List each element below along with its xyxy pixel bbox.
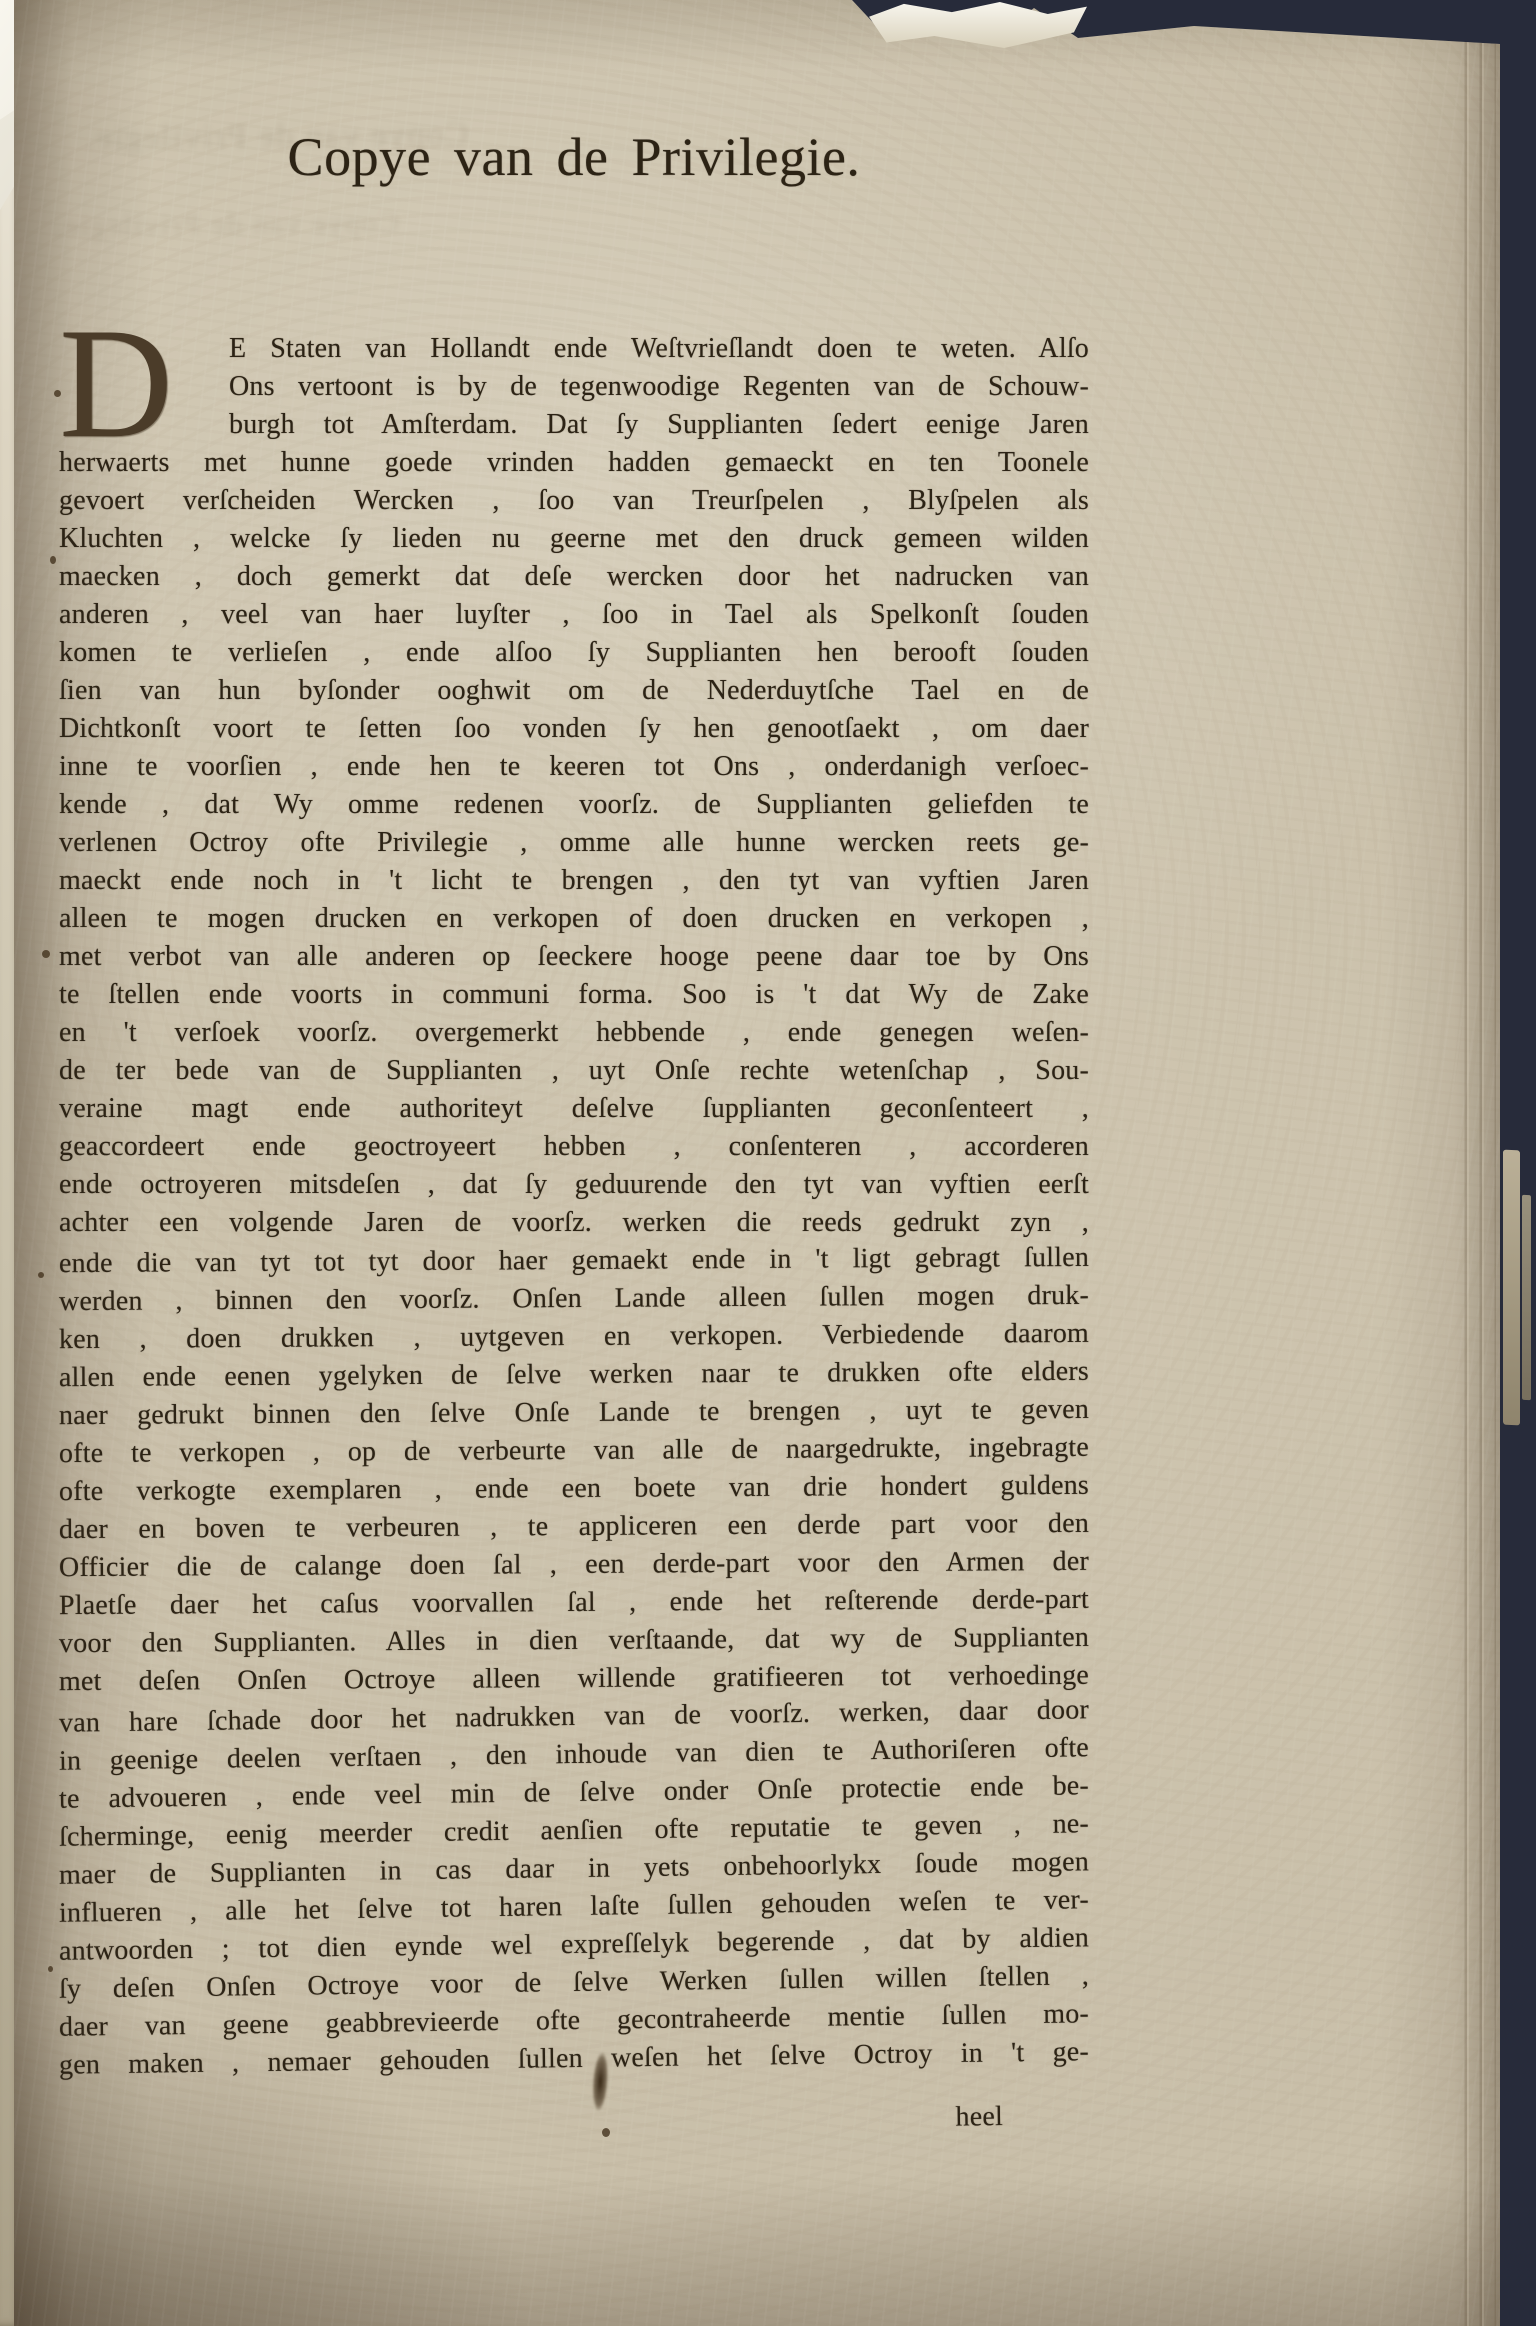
- privilege-text: D E Staten van Hollandt ende Weſtvrieſla…: [59, 330, 1089, 2142]
- text-line: de ter bede van de Supplianten , uyt Onſ…: [59, 1052, 1089, 1090]
- book-page: Copye van de Privilegie. Copye van de Pr…: [14, 0, 1500, 2326]
- text-line: ende die van tyt tot tyt door haer gemae…: [59, 1239, 1089, 1283]
- text-line: gevoert verſcheiden Wercken , ſoo van Tr…: [59, 482, 1089, 520]
- text-line: ofte te verkopen , op de verbeurte van a…: [59, 1429, 1089, 1473]
- drop-cap-initial: D: [59, 330, 229, 444]
- text-line: komen te verlieſen , ende alſoo ſy Suppl…: [59, 634, 1089, 672]
- text-line: ken , doen drukken , uytgeven en verkope…: [59, 1315, 1089, 1359]
- text-line: voor den Supplianten. Alles in dien verſ…: [59, 1619, 1089, 1663]
- photo-of-book-page: Copye van de Privilegie. Copye van de Pr…: [0, 0, 1536, 2326]
- text-line: kende , dat Wy omme redenen voorſz. de S…: [59, 786, 1089, 824]
- text-line: allen ende eenen ygelyken de ſelve werke…: [59, 1353, 1089, 1397]
- text-line: veraine magt ende authoriteyt deſelve ſu…: [59, 1090, 1089, 1128]
- text-line: Officier die de calange doen ſal , een d…: [59, 1543, 1089, 1587]
- ink-speck: [54, 390, 61, 397]
- text-line: alleen te mogen drucken en verkopen of d…: [59, 900, 1089, 938]
- text-line: ofte verkogte exemplaren , ende een boet…: [59, 1467, 1089, 1511]
- ink-speck: [50, 556, 56, 564]
- text-line: maeckt ende noch in 't licht te brengen …: [59, 862, 1089, 900]
- text-lines: E Staten van Hollandt ende Weſtvrieſland…: [59, 330, 1089, 2078]
- text-line: naer gedrukt binnen den ſelve Onſe Lande…: [59, 1391, 1089, 1435]
- ink-speck: [48, 1966, 53, 1972]
- text-line: daer en boven te verbeuren , te applicer…: [59, 1505, 1089, 1549]
- text-line: ſien van hun byſonder ooghwit om de Nede…: [59, 672, 1089, 710]
- text-line: Kluchten , welcke ſy lieden nu geerne me…: [59, 520, 1089, 558]
- text-line: en 't verſoek voorſz. overgemerkt hebben…: [59, 1014, 1089, 1052]
- ink-speck: [38, 1272, 44, 1278]
- text-line: achter een volgende Jaren de voorſz. wer…: [59, 1204, 1089, 1242]
- fore-edge-creases: [1460, 0, 1496, 2326]
- page-title: Copye van de Privilegie.: [59, 126, 1089, 188]
- text-line: met verbot van alle anderen op ſeeckere …: [59, 938, 1089, 976]
- text-line: herwaerts met hunne goede vrinden hadden…: [59, 444, 1089, 482]
- text-line: anderen , veel van haer luyſter , ſoo in…: [59, 596, 1089, 634]
- text-line: Plaetſe daer het caſus voorvallen ſal , …: [59, 1581, 1089, 1625]
- text-line: verlenen Octroy ofte Privilegie , omme a…: [59, 824, 1089, 862]
- text-line: inne te voorſien , ende hen te keeren to…: [59, 748, 1089, 786]
- text-line: Dichtkonſt voort te ſetten ſoo vonden ſy…: [59, 710, 1089, 748]
- text-line: ende octroyeren mitsdeſen , dat ſy geduu…: [59, 1166, 1089, 1204]
- book-page-edges-right-thin: [1522, 1195, 1531, 1400]
- text-line: te ſtellen ende voorts in communi forma.…: [59, 976, 1089, 1014]
- text-line: maecken , doch gemerkt dat deſe wercken …: [59, 558, 1089, 596]
- show-through-text: Copye van de Privilegie.: [54, 206, 399, 244]
- text-line: werden , binnen den voorſz. Onſen Lande …: [59, 1277, 1089, 1321]
- ink-speck: [602, 2128, 610, 2137]
- book-page-edges-right: [1503, 1150, 1520, 1426]
- ink-speck: [42, 950, 50, 958]
- text-line: geaccordeert ende geoctroyeert hebben , …: [59, 1128, 1089, 1166]
- catchword: heel: [59, 2097, 1089, 2149]
